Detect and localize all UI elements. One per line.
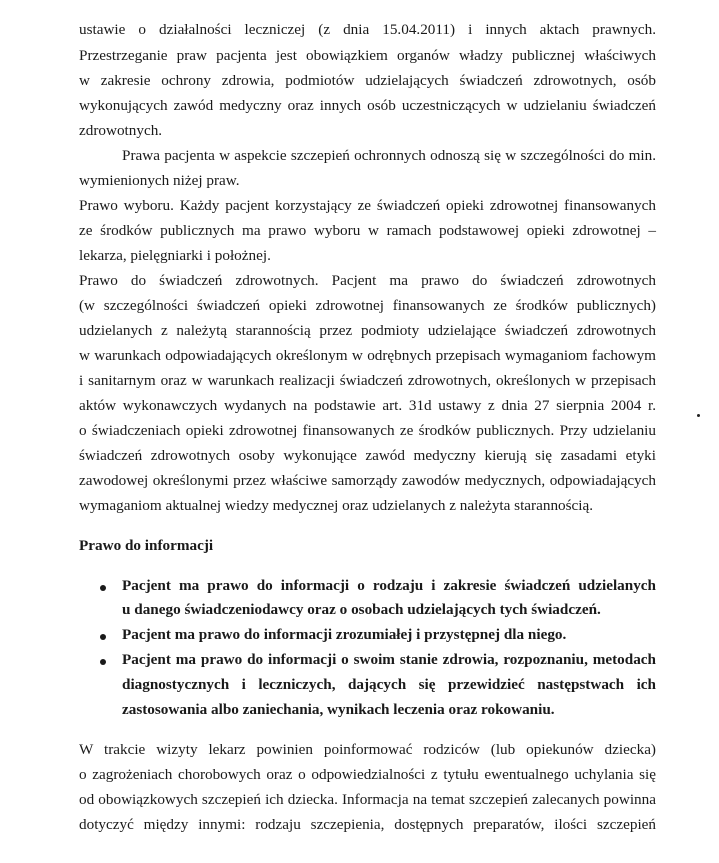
paragraph-4-line-8: świadczeń zdrowotnych osoby wykonujące z… [79,447,656,465]
bullet-3-line-2: diagnostycznych i leczniczych, dających … [122,676,656,694]
paragraph-4-line-5: i sanitarnym oraz w warunkach realizacji… [79,372,656,390]
paragraph-5-line-3: od obowiązkowych szczepień ich dziecka. … [79,791,656,809]
paragraph-2-line-2: wymienionych niżej praw. [79,172,656,190]
paragraph-4-line-9: zawodowej określonymi przez właściwe sam… [79,472,656,490]
paragraph-2-line-1: Prawa pacjenta w aspekcie szczepień ochr… [122,147,656,165]
section-heading: Prawo do informacji [79,537,213,555]
paragraph-3-line-2: ze środków publicznych ma prawo wyboru w… [79,222,656,240]
bullet-icon [100,659,106,665]
paragraph-5-line-4: dotyczyć między innymi: rodzaju szczepie… [79,816,656,834]
paragraph-4-line-4: w warunkach odpowiadających określonym w… [79,347,656,365]
paragraph-4-line-7: o świadczeniach opieki zdrowotnej finans… [79,422,656,440]
bullet-2-line-1: Pacjent ma prawo do informacji zrozumiał… [122,626,656,644]
paragraph-3-line-1: Prawo wyboru. Każdy pacjent korzystający… [79,197,656,215]
bullet-1-line-1: Pacjent ma prawo do informacji o rodzaju… [122,577,656,595]
paragraph-1-line-3: w zakresie ochrony zdrowia, podmiotów ud… [79,72,656,90]
paragraph-4-line-6: aktów wykonawczych wydanych na podstawie… [79,397,656,415]
paragraph-4-line-3: udzielanych z należytą starannością prze… [79,322,656,340]
paragraph-1-line-1: ustawie o działalności leczniczej (z dni… [79,21,656,39]
paragraph-1-line-5: zdrowotnych. [79,122,656,140]
paragraph-5-line-2: o zagrożeniach chorobowych oraz o odpowi… [79,766,656,784]
paragraph-4-line-2: (w szczególności świadczeń opieki zdrowo… [79,297,656,315]
paragraph-1-line-2: Przestrzeganie praw pacjenta jest obowią… [79,47,656,65]
scan-speck [697,414,700,417]
bullet-icon [100,634,106,640]
bullet-1-line-2: u danego świadczeniodawcy oraz o osobach… [122,601,656,619]
bullet-3-line-1: Pacjent ma prawo do informacji o swoim s… [122,651,656,669]
paragraph-4-line-1: Prawo do świadczeń zdrowotnych. Pacjent … [79,272,656,290]
bullet-icon [100,585,106,591]
bullet-3-line-3: zastosowania albo zaniechania, wynikach … [122,701,656,719]
paragraph-4-line-10: wymaganiom aktualnej wiedzy medycznej or… [79,497,656,515]
paragraph-5-line-1: W trakcie wizyty lekarz powinien poinfor… [79,741,656,759]
document-page: ustawie o działalności leczniczej (z dni… [0,0,719,863]
paragraph-1-line-4: wykonujących zawód medyczny oraz innych … [79,97,656,115]
paragraph-3-line-3: lekarza, pielęgniarki i położnej. [79,247,656,265]
